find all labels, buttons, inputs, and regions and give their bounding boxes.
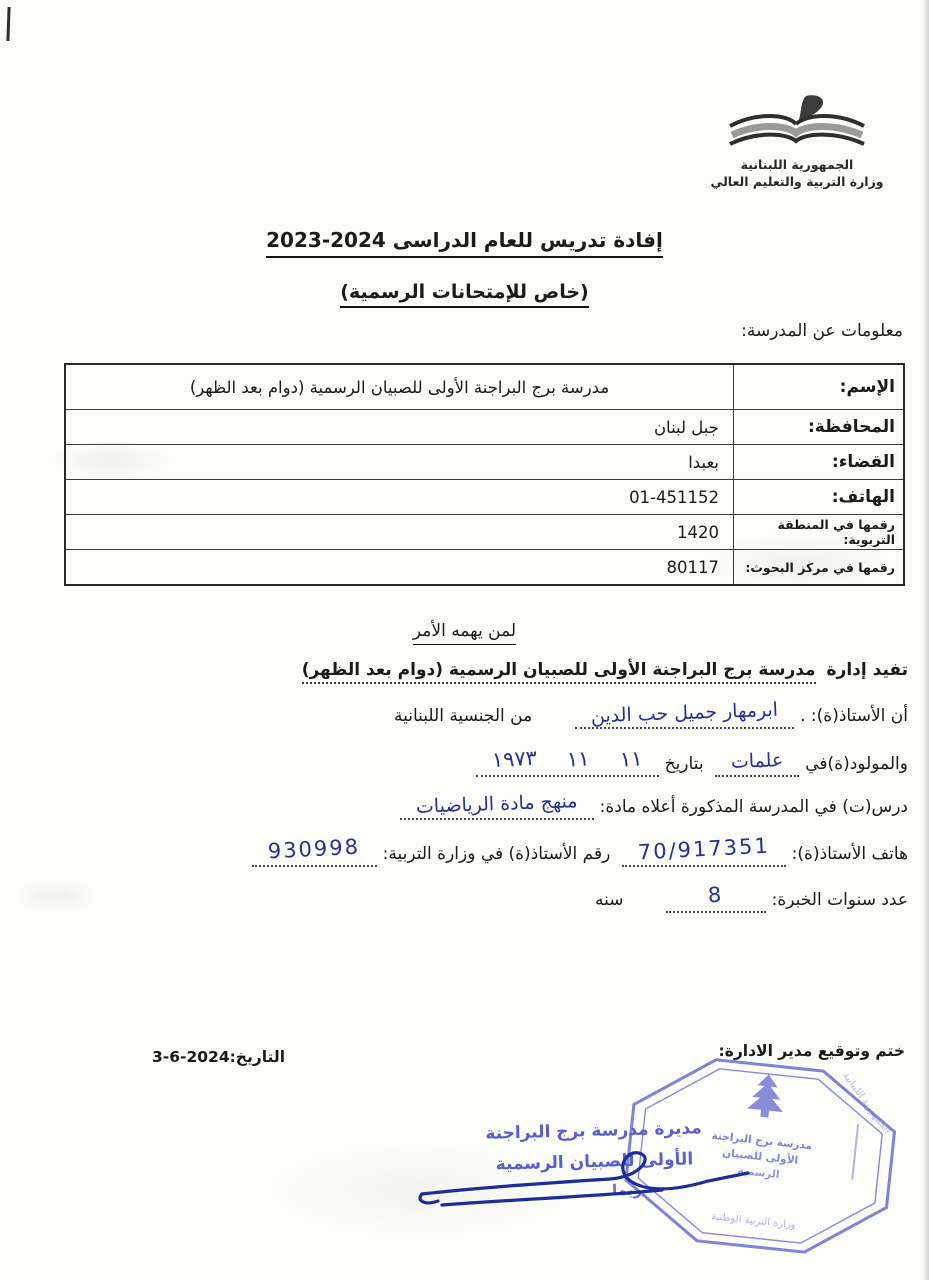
signature: [412, 1142, 757, 1234]
concern-heading-text: لمن يهمه الأمر: [413, 621, 516, 645]
handwritten-birth-place: علمات: [731, 750, 784, 773]
handwritten-teacher-name: ابرمهار جميل حب الدين: [591, 700, 779, 727]
republic-name: الجمهورية اللبنانية: [686, 156, 908, 173]
years-unit-text: سنه: [595, 890, 624, 910]
school-name-underlined: مدرسة برج البراجنة الأولى للصبيان الرسمي…: [302, 660, 816, 684]
table-row: رقمها في المنطقة التربوية: 1420: [66, 515, 903, 550]
birth-date-label: بتاريخ: [665, 754, 704, 774]
concern-heading: لمن يهمه الأمر: [0, 621, 929, 641]
date-value: 2024-6-3: [152, 1048, 230, 1066]
experience-label: عدد سنوات الخبرة:: [772, 890, 908, 910]
dotted-field: 70/917351: [622, 841, 786, 867]
handwritten-ministry-id: 930998: [268, 836, 361, 864]
row-value: مدرسة برج البراجنة الأولى للصبيان الرسمي…: [66, 365, 733, 409]
dotted-field: ابرمهار جميل حب الدين: [575, 705, 794, 729]
scan-artifact-mark: [6, 7, 10, 41]
document-subtitle-text: (خاص للإمتحانات الرسمية): [340, 281, 588, 308]
school-info-table: الإسم: مدرسة برج البراجنة الأولى للصبيان…: [64, 363, 905, 586]
table-row: الهاتف: 01-451152: [66, 480, 903, 515]
teacher-label: أن الأستاذ(ة): .: [800, 706, 908, 726]
row-label: الإسم:: [733, 365, 903, 409]
row-label: الهاتف:: [733, 480, 903, 514]
row-label: القضاء:: [733, 445, 903, 479]
subject-label: درس(ت) في المدرسة المذكورة أعلاه مادة:: [600, 797, 908, 817]
paragraph-phone-and-id: هاتف الأستاذ(ة):70/917351 رقم الأستاذ(ة)…: [246, 841, 908, 867]
document-title-text: إفادة تدريس للعام الدراسى 2024-2023: [266, 228, 663, 258]
row-value: جبل لبنان: [66, 410, 733, 444]
nationality-text: من الجنسية اللبنانية: [394, 706, 532, 726]
teacher-phone-label: هاتف الأستاذ(ة):: [792, 844, 908, 864]
scanned-teaching-certificate: الجمهورية اللبنانية وزارة التربية والتعل…: [0, 0, 929, 1280]
open-book-logo-icon: [722, 92, 872, 156]
ministry-name: وزارة التربية والتعليم العالي: [686, 173, 908, 190]
row-value: بعبدا: [66, 445, 733, 479]
school-info-heading: معلومات عن المدرسة:: [741, 321, 903, 341]
row-label: رقمها في المنطقة التربوية:: [733, 515, 903, 549]
ministry-id-label: رقم الأستاذ(ة) في وزارة التربية:: [383, 844, 611, 864]
paragraph-subject: درس(ت) في المدرسة المذكورة أعلاه مادة:من…: [394, 796, 908, 820]
date-label: التاريخ:: [230, 1048, 285, 1066]
ministry-logo-block: الجمهورية اللبنانية وزارة التربية والتعل…: [686, 92, 908, 190]
table-row: القضاء: بعبدا: [66, 445, 903, 480]
statement-prefix: تفيد إدارة: [827, 660, 909, 680]
seal-top-arc-text: الجمهورية اللبنانية: [840, 1070, 892, 1136]
date-line: التاريخ:2024-6-3: [152, 1048, 285, 1066]
dotted-field: ١١١١١٩٧٣: [476, 751, 658, 777]
row-label: رقمها في مركز البحوث:: [733, 550, 903, 584]
table-row: المحافظة: جبل لبنان: [66, 410, 903, 445]
row-value: 01-451152: [66, 480, 733, 514]
birth-label: والمولود(ة)في: [805, 754, 908, 774]
row-label: المحافظة:: [733, 410, 903, 444]
dotted-field: منهج مادة الرياضيات: [400, 796, 594, 820]
paragraph-teacher-name: أن الأستاذ(ة): .ابرمهار جميل حب الدين من…: [394, 705, 908, 729]
dotted-field: 8: [666, 887, 765, 913]
document-title: إفادة تدريس للعام الدراسى 2024-2023: [0, 228, 929, 252]
row-value: 80117: [66, 550, 733, 584]
paragraph-birth: والمولود(ة)فيعلمات بتاريخ١١١١١٩٧٣: [470, 751, 908, 777]
paragraph-school-statement: تفيد إدارة مدرسة برج البراجنة الأولى للص…: [302, 660, 908, 680]
handwritten-subject: منهج مادة الرياضيات: [416, 791, 578, 818]
handwritten-birth-day: ١١: [619, 747, 643, 771]
handwritten-teacher-phone: 70/917351: [637, 835, 770, 865]
dotted-field: علمات: [715, 753, 799, 777]
paragraph-experience: عدد سنوات الخبرة:8 سنه: [595, 887, 908, 913]
handwritten-birth-year: ١٩٧٣: [492, 747, 538, 772]
dotted-field: 930998: [252, 841, 376, 867]
handwritten-experience-years: 8: [708, 884, 725, 908]
document-subtitle: (خاص للإمتحانات الرسمية): [0, 281, 929, 303]
table-row: الإسم: مدرسة برج البراجنة الأولى للصبيان…: [66, 365, 903, 410]
row-value: 1420: [66, 515, 733, 549]
handwritten-birth-month: ١١: [567, 747, 591, 771]
table-row: رقمها في مركز البحوث: 80117: [66, 550, 903, 584]
